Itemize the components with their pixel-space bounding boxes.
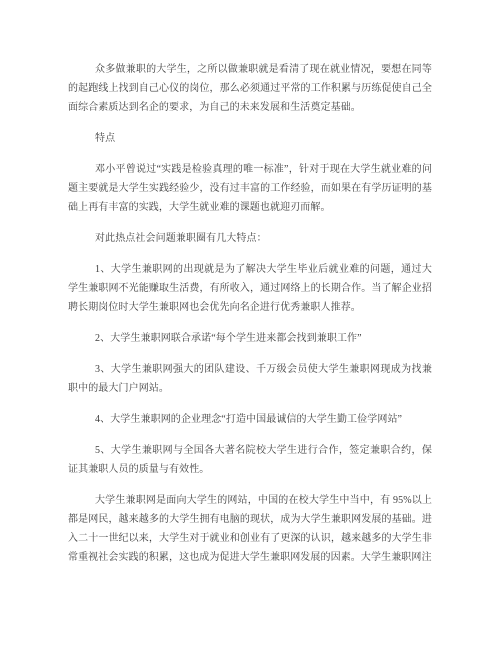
intro-paragraph: 众多做兼职的大学生，之所以做兼职就是看清了现在就业情况，要想在同等的起跑线上找到… <box>68 60 432 117</box>
document-page: 众多做兼职的大学生，之所以做兼职就是看清了现在就业情况，要想在同等的起跑线上找到… <box>0 0 500 647</box>
feature-item-4: 4、大学生兼职网的企业理念“打造中国最诚信的大学生勤工俭学网站” <box>68 410 432 429</box>
lead-in-paragraph: 对此热点社会问题兼职圈有几大特点： <box>68 229 432 248</box>
features-heading: 特点 <box>68 129 432 148</box>
feature-item-2: 2、大学生兼职网联合承诺“每个学生进来都会找到兼职工作” <box>68 329 432 348</box>
closing-paragraph: 大学生兼职网是面向大学生的网站，中国的在校大学生中当中，有 95%以上都是网民，… <box>68 491 432 567</box>
feature-item-5: 5、大学生兼职网与全国各大著名院校大学生进行合作，签定兼职合约，保证其兼职人员的… <box>68 441 432 479</box>
quote-paragraph: 邓小平曾说过“实践是检验真理的唯一标准”，针对于现在大学生就业难的问题主要就是大… <box>68 160 432 217</box>
feature-item-1: 1、大学生兼职网的出现就是为了解决大学生毕业后就业难的问题，通过大学生兼职网不光… <box>68 260 432 317</box>
feature-item-3: 3、大学生兼职网强大的团队建设、千万级会员使大学生兼职网现成为找兼职中的最大门户… <box>68 360 432 398</box>
